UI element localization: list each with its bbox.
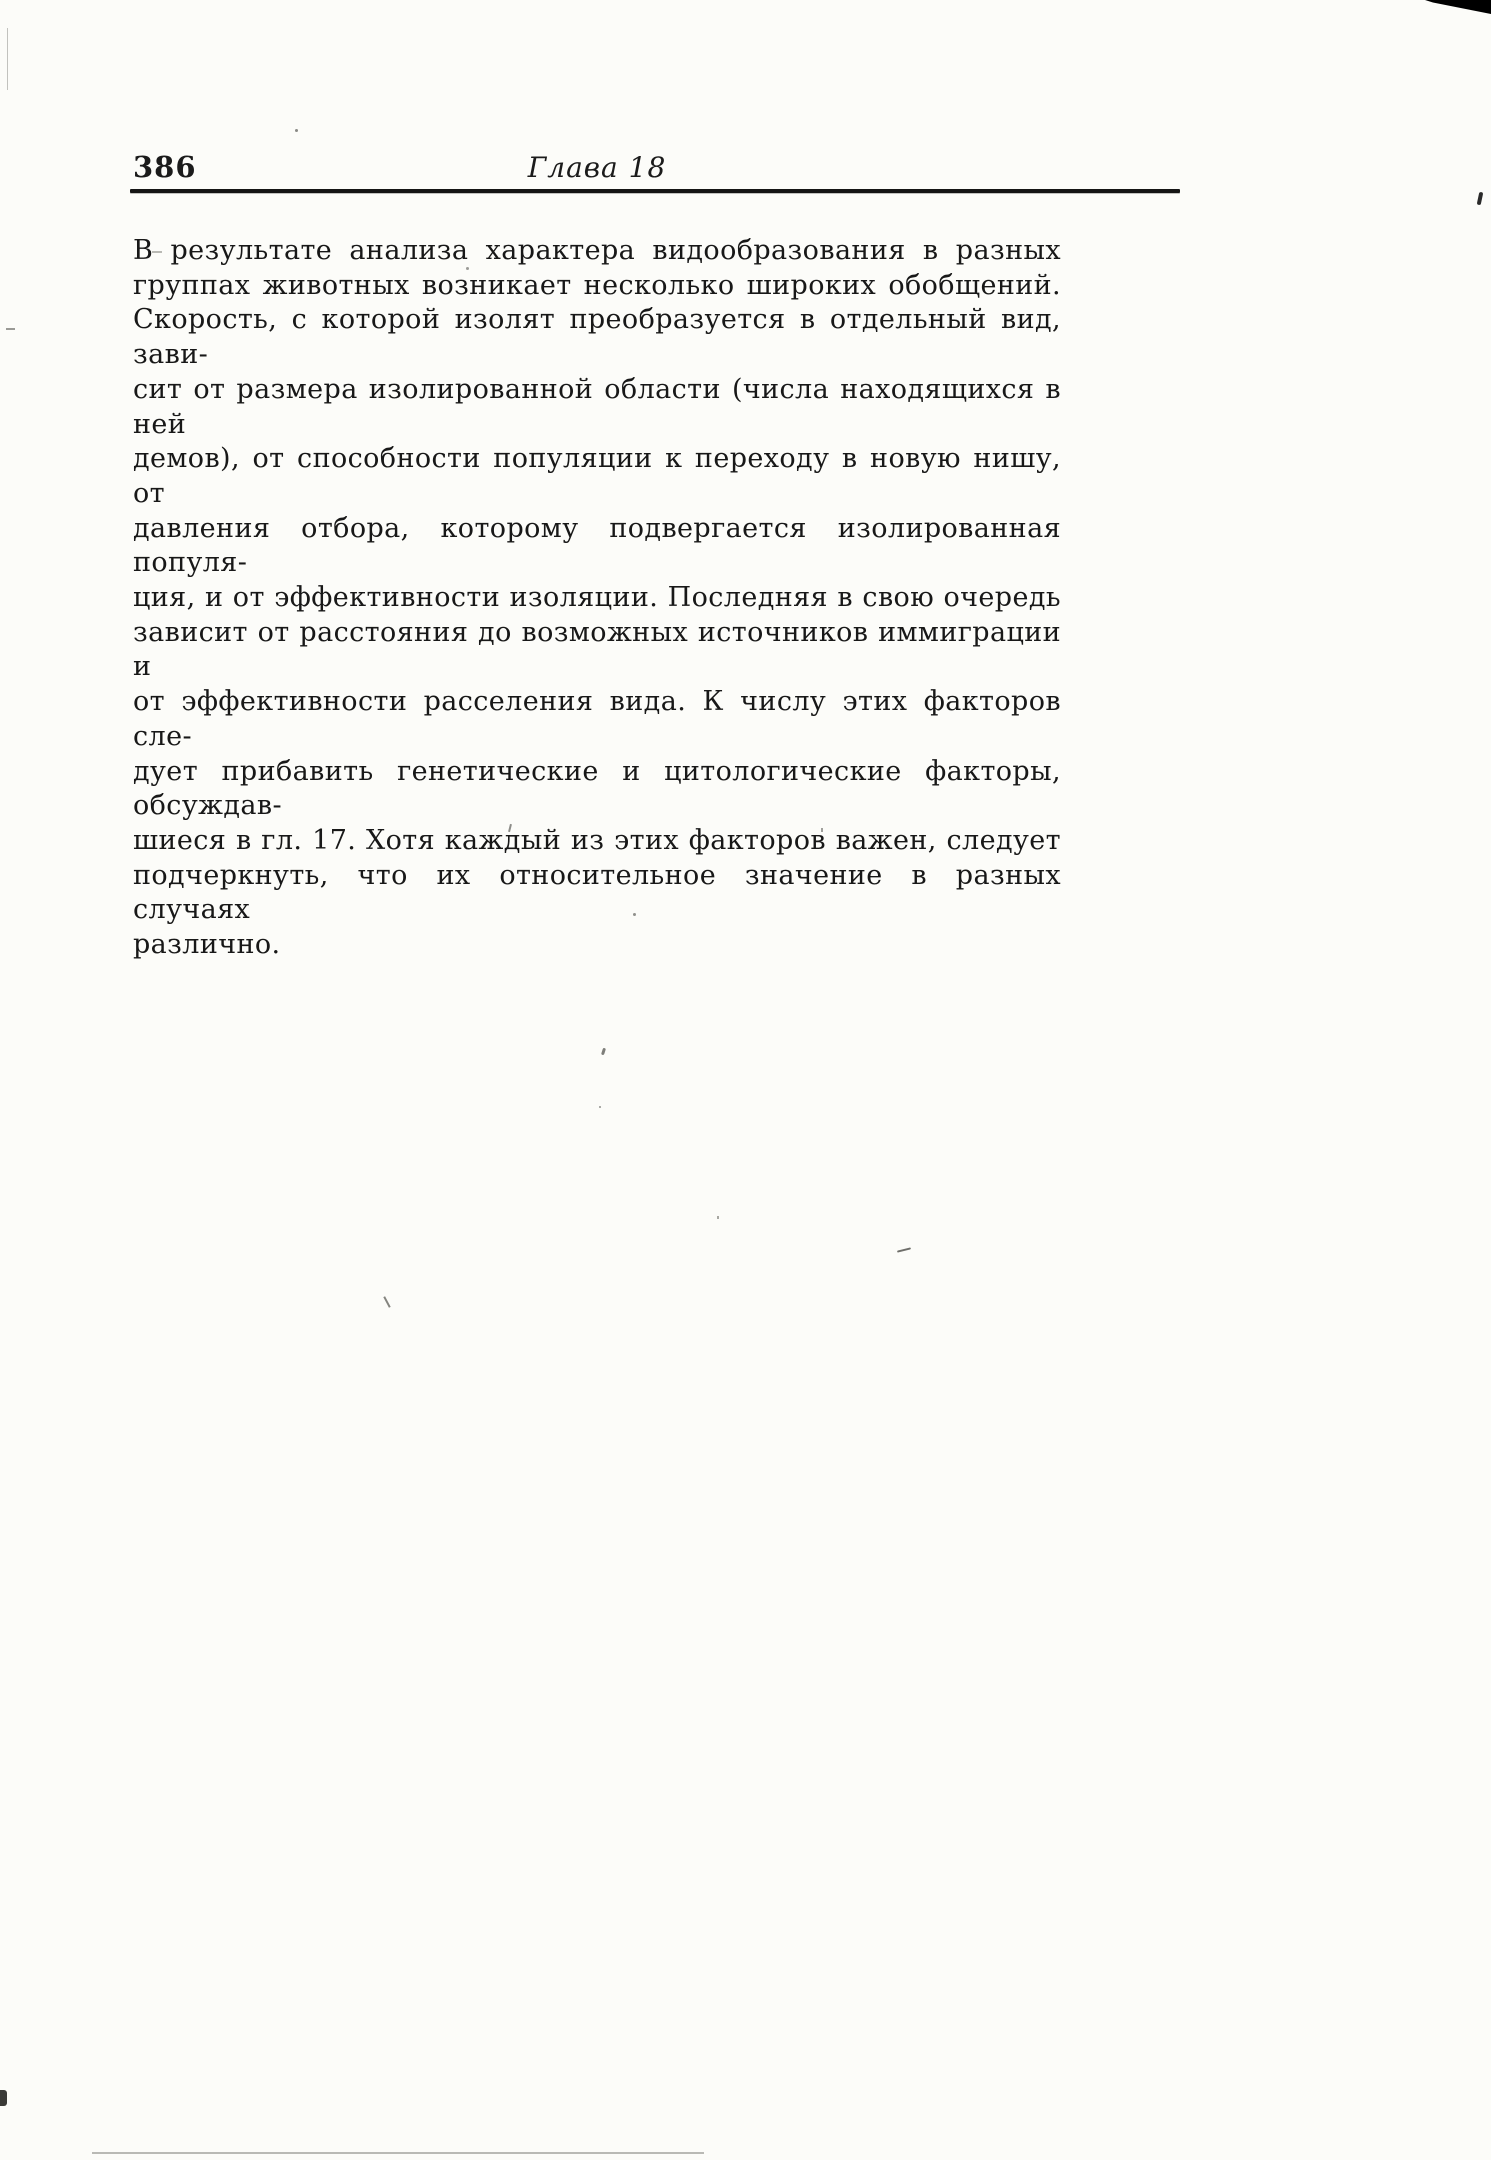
scan-corner-mark — [1425, 0, 1491, 14]
paragraph-line: давления отбора, которому подвергается и… — [133, 512, 1061, 581]
scan-edge-line — [7, 28, 8, 90]
paragraph-line: сит от размера изолированной области (чи… — [133, 373, 1061, 442]
paragraph-line: шиеся в гл. 17. Хотя каждый из этих факт… — [133, 824, 1061, 859]
paragraph-line: различно. — [133, 928, 1061, 963]
scan-bottom-line — [92, 2152, 704, 2154]
paragraph-line: группах животных возникает несколько шир… — [133, 269, 1061, 304]
paragraph-line: подчеркнуть, что их относительное значен… — [133, 859, 1061, 928]
scan-margin-dash — [6, 328, 15, 330]
scan-speck — [599, 1106, 601, 1108]
paragraph: В результате анализа характера видообраз… — [133, 234, 1061, 963]
scan-edge-mark — [1477, 192, 1484, 206]
paragraph-line: дует прибавить генетические и цитологиче… — [133, 755, 1061, 824]
scan-speck — [601, 1048, 606, 1056]
scan-speck — [717, 1216, 719, 1219]
scan-backslash-mark — [383, 1296, 390, 1308]
paragraph-line: В результате анализа характера видообраз… — [133, 234, 1061, 269]
page-header: 386 Глава 18 — [133, 150, 1061, 186]
paragraph-line: зависит от расстояния до возможных источ… — [133, 616, 1061, 685]
paragraph-line: от эффективности расселения вида. К числ… — [133, 685, 1061, 754]
scan-edge-mark — [0, 2090, 7, 2106]
scan-slash-mark — [897, 1247, 911, 1252]
header-rule — [130, 189, 1180, 193]
paragraph-line: ция, и от эффективности изоляции. Послед… — [133, 581, 1061, 616]
paragraph-line: демов), от способности популяции к перех… — [133, 442, 1061, 511]
paragraph-line: Скорость, с которой изолят преобразуется… — [133, 303, 1061, 372]
book-page: 386 Глава 18 В результате анализа характ… — [0, 0, 1491, 2160]
scan-speck — [295, 129, 298, 132]
chapter-title: Глава 18 — [133, 151, 1061, 184]
